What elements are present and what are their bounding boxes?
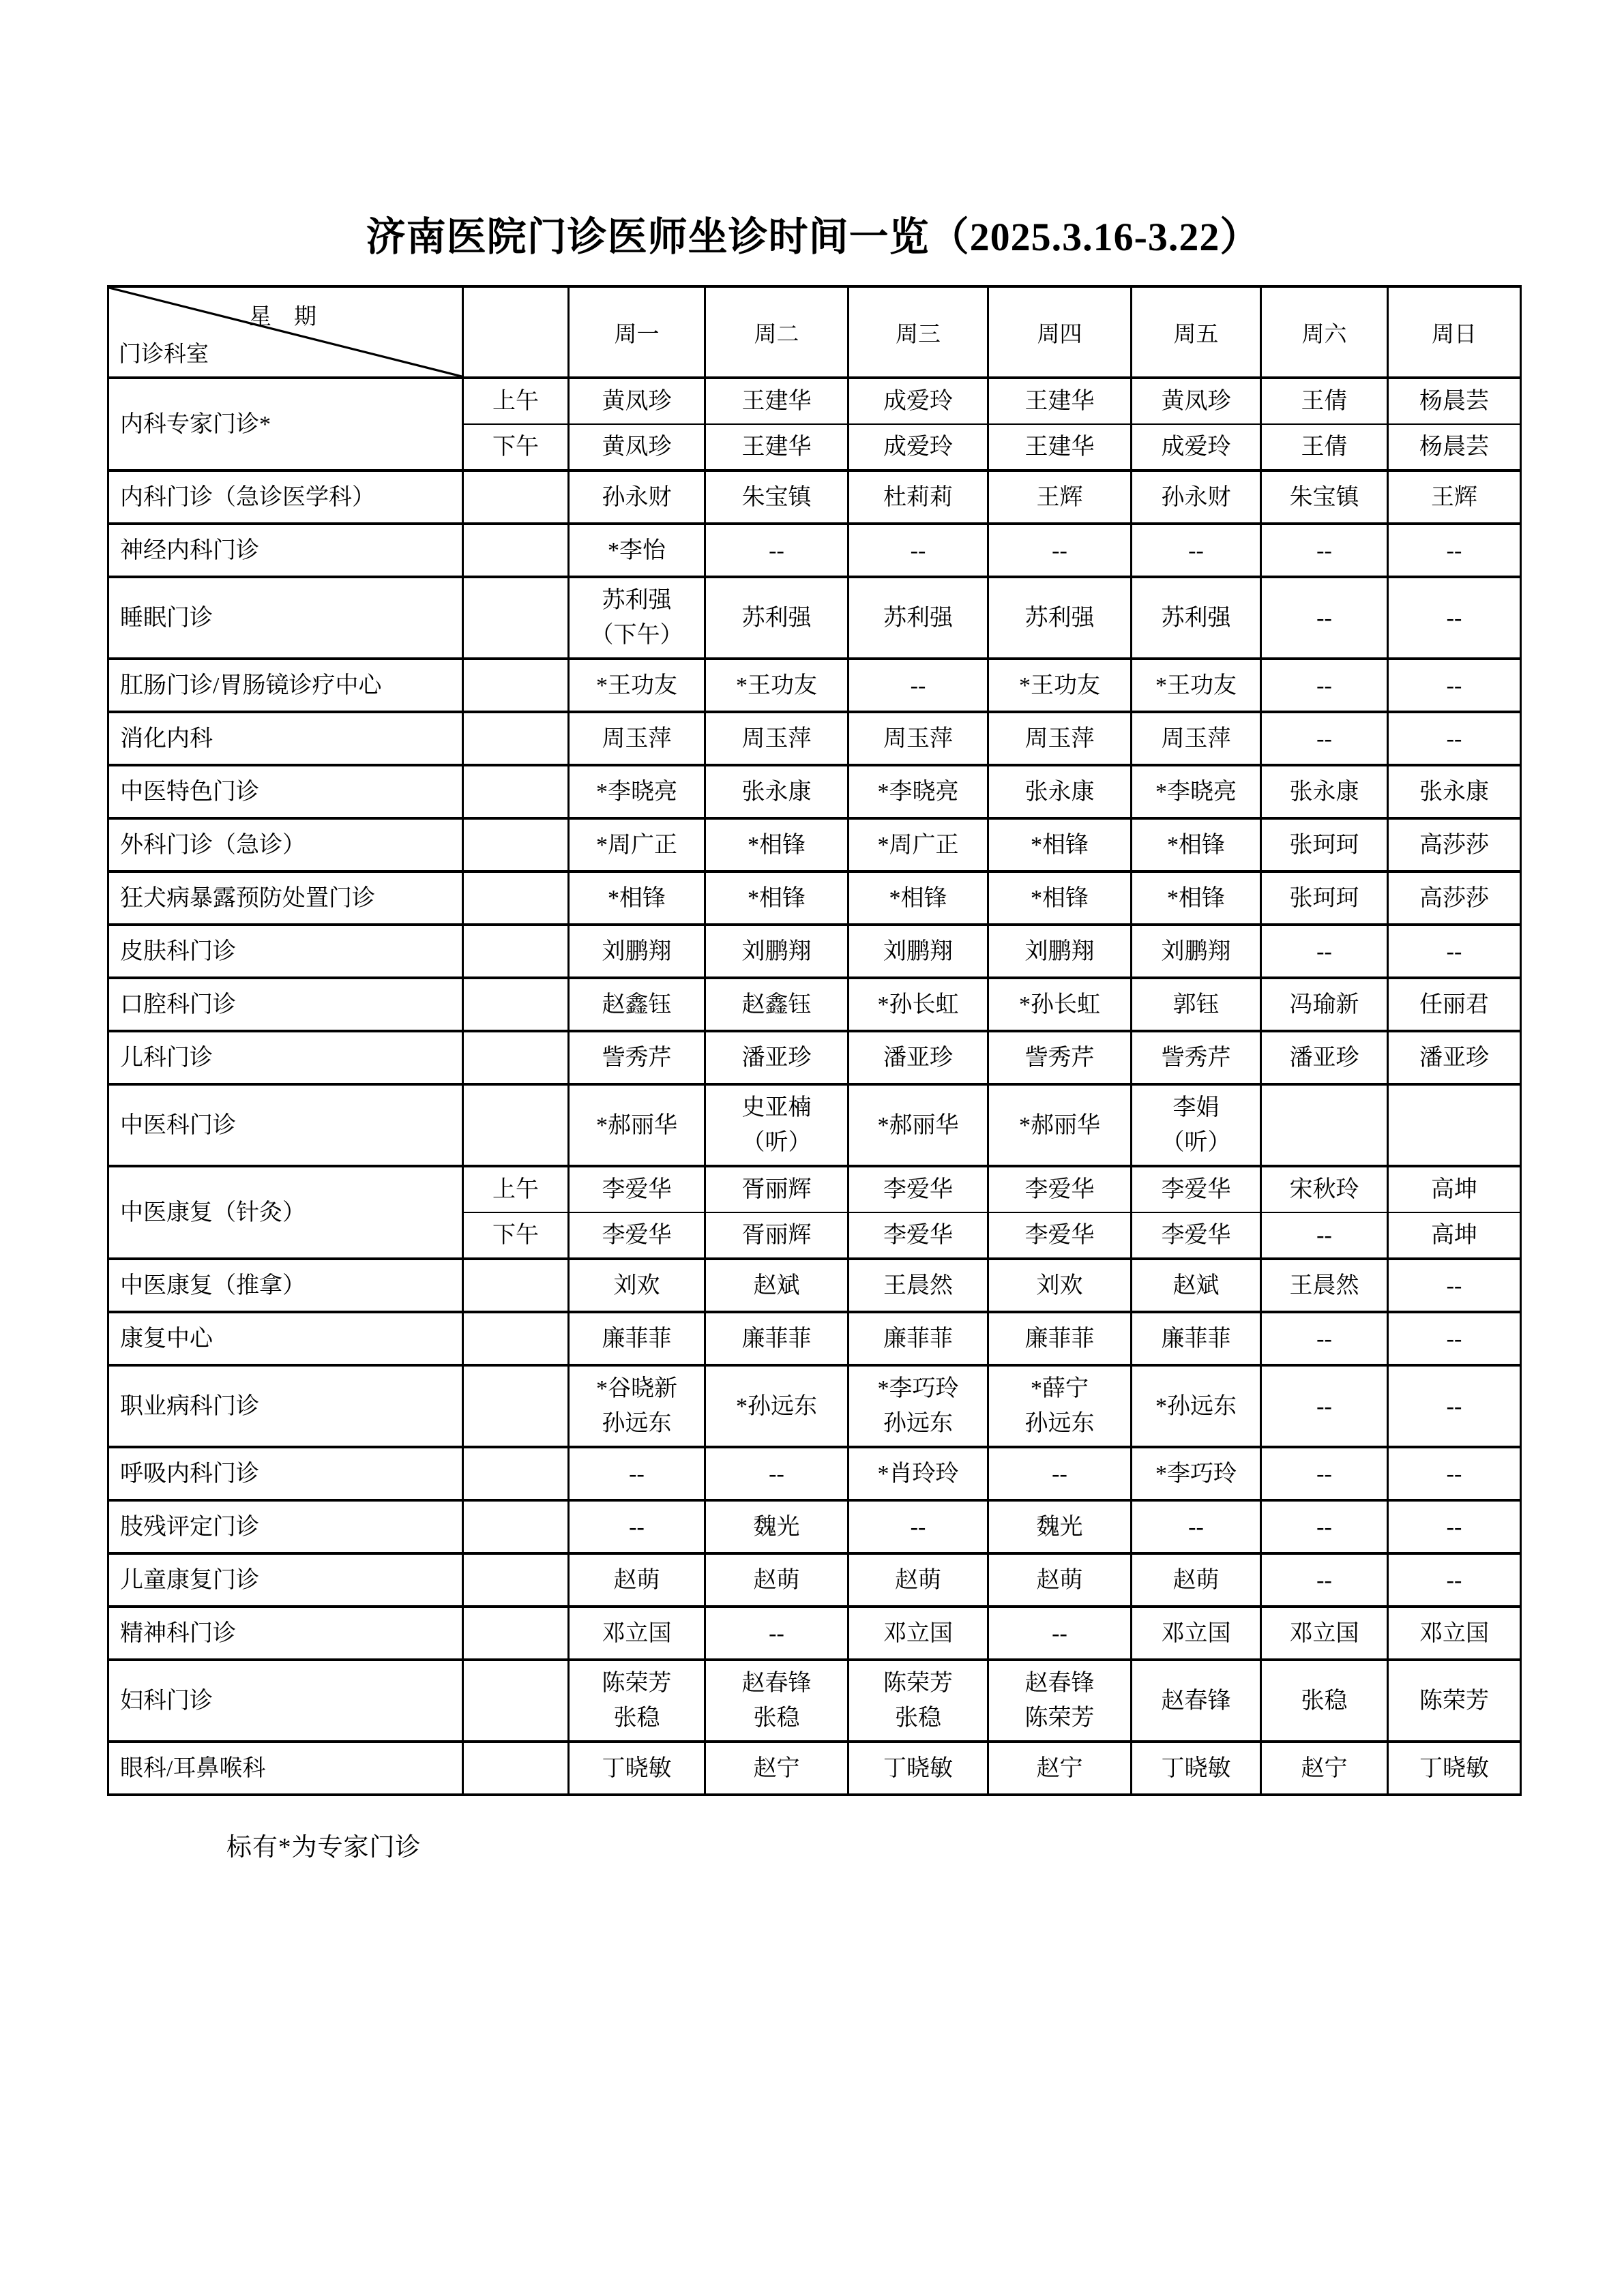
schedule-cell: 赵鑫钰 xyxy=(705,978,848,1031)
table-row: 精神科门诊邓立国--邓立国--邓立国邓立国邓立国 xyxy=(108,1607,1521,1660)
time-cell: 上午 xyxy=(463,1166,569,1212)
schedule-cell: -- xyxy=(1261,1447,1388,1500)
dept-cell: 精神科门诊 xyxy=(108,1607,463,1660)
table-row: 中医康复（推拿）刘欢赵斌王晨然刘欢赵斌王晨然-- xyxy=(108,1259,1521,1312)
corner-header-cell: 星 期 门诊科室 xyxy=(108,286,463,378)
schedule-cell: 成爱玲 xyxy=(1132,424,1261,471)
schedule-cell: 周玉萍 xyxy=(705,712,848,765)
schedule-cell: -- xyxy=(1388,577,1521,659)
schedule-cell: 王建华 xyxy=(705,378,848,424)
schedule-cell: -- xyxy=(1388,1259,1521,1312)
schedule-cell: 丁晓敏 xyxy=(1388,1742,1521,1795)
schedule-cell: 赵宁 xyxy=(1261,1742,1388,1795)
table-row: 中医科门诊*郝丽华史亚楠（听）*郝丽华*郝丽华李娟（听） xyxy=(108,1084,1521,1166)
time-cell xyxy=(463,1259,569,1312)
schedule-cell: 李爱华 xyxy=(988,1212,1132,1259)
schedule-cell: *李巧玲 xyxy=(1132,1447,1261,1500)
dept-cell: 神经内科门诊 xyxy=(108,524,463,577)
time-cell xyxy=(463,524,569,577)
dept-cell: 康复中心 xyxy=(108,1312,463,1365)
schedule-cell xyxy=(1261,1084,1388,1166)
schedule-cell: 邓立国 xyxy=(848,1607,988,1660)
dept-cell: 消化内科 xyxy=(108,712,463,765)
schedule-cell: 李爱华 xyxy=(988,1166,1132,1212)
schedule-cell: *肖玲玲 xyxy=(848,1447,988,1500)
schedule-cell: *李巧玲孙远东 xyxy=(848,1365,988,1447)
schedule-cell: 丁晓敏 xyxy=(569,1742,705,1795)
schedule-cell: 廉菲菲 xyxy=(848,1312,988,1365)
schedule-cell: 赵春锋 xyxy=(1132,1660,1261,1742)
schedule-cell: *谷晓新孙远东 xyxy=(569,1365,705,1447)
dept-cell: 肛肠门诊/胃肠镜诊疗中心 xyxy=(108,659,463,712)
schedule-body: 内科专家门诊*上午黄凤珍王建华成爱玲王建华黄凤珍王倩杨晨芸下午黄凤珍王建华成爱玲… xyxy=(108,378,1521,1795)
schedule-cell: 潘亚珍 xyxy=(1388,1031,1521,1084)
dept-cell: 妇科门诊 xyxy=(108,1660,463,1742)
schedule-table: 星 期 门诊科室 周一周二周三周四周五周六周日 内科专家门诊*上午黄凤珍王建华成… xyxy=(107,285,1522,1796)
schedule-cell: *相锋 xyxy=(1132,818,1261,871)
day-header: 周六 xyxy=(1261,286,1388,378)
schedule-cell: *郝丽华 xyxy=(569,1084,705,1166)
schedule-cell: 苏利强（下午） xyxy=(569,577,705,659)
schedule-cell: 王建华 xyxy=(705,424,848,471)
schedule-cell: 王晨然 xyxy=(848,1259,988,1312)
schedule-cell: 王建华 xyxy=(988,424,1132,471)
table-row: 肛肠门诊/胃肠镜诊疗中心*王功友*王功友--*王功友*王功友---- xyxy=(108,659,1521,712)
schedule-cell: 丁晓敏 xyxy=(848,1742,988,1795)
time-cell xyxy=(463,818,569,871)
schedule-cell: -- xyxy=(988,524,1132,577)
time-cell xyxy=(463,1365,569,1447)
schedule-cell: 刘鹏翔 xyxy=(569,925,705,978)
schedule-cell: 刘欢 xyxy=(988,1259,1132,1312)
schedule-cell: -- xyxy=(1261,1365,1388,1447)
schedule-cell: 杜莉莉 xyxy=(848,471,988,524)
dept-cell: 内科门诊（急诊医学科） xyxy=(108,471,463,524)
schedule-cell: 刘鹏翔 xyxy=(1132,925,1261,978)
table-row: 妇科门诊陈荣芳张稳赵春锋张稳陈荣芳张稳赵春锋陈荣芳赵春锋张稳陈荣芳 xyxy=(108,1660,1521,1742)
dept-cell: 呼吸内科门诊 xyxy=(108,1447,463,1500)
footnote: 标有*为专家门诊 xyxy=(226,1826,1624,1863)
schedule-cell: 朱宝镇 xyxy=(705,471,848,524)
schedule-cell: 潘亚珍 xyxy=(848,1031,988,1084)
schedule-cell: 刘鹏翔 xyxy=(848,925,988,978)
table-row: 儿科门诊訾秀芹潘亚珍潘亚珍訾秀芹訾秀芹潘亚珍潘亚珍 xyxy=(108,1031,1521,1084)
schedule-cell: 王倩 xyxy=(1261,378,1388,424)
schedule-cell: 赵萌 xyxy=(1132,1553,1261,1607)
schedule-cell: 刘欢 xyxy=(569,1259,705,1312)
schedule-cell: -- xyxy=(569,1500,705,1553)
schedule-cell: *李怡 xyxy=(569,524,705,577)
schedule-cell: *孙远东 xyxy=(1132,1365,1261,1447)
schedule-cell: 黄凤珍 xyxy=(569,378,705,424)
dept-cell: 睡眠门诊 xyxy=(108,577,463,659)
schedule-cell: *相锋 xyxy=(848,871,988,925)
schedule-cell: 黄凤珍 xyxy=(1132,378,1261,424)
schedule-cell: *孙长虹 xyxy=(848,978,988,1031)
schedule-cell: 赵萌 xyxy=(848,1553,988,1607)
time-cell xyxy=(463,1742,569,1795)
table-row: 消化内科周玉萍周玉萍周玉萍周玉萍周玉萍---- xyxy=(108,712,1521,765)
schedule-cell: 廉菲菲 xyxy=(1132,1312,1261,1365)
schedule-cell: -- xyxy=(1261,1500,1388,1553)
schedule-cell: 张珂珂 xyxy=(1261,818,1388,871)
schedule-cell: 廉菲菲 xyxy=(569,1312,705,1365)
schedule-cell: 黄凤珍 xyxy=(569,424,705,471)
schedule-cell: -- xyxy=(1132,1500,1261,1553)
schedule-cell: 陈荣芳张稳 xyxy=(848,1660,988,1742)
time-cell xyxy=(463,871,569,925)
schedule-cell: *相锋 xyxy=(988,871,1132,925)
schedule-cell: -- xyxy=(1388,1447,1521,1500)
schedule-cell: 苏利强 xyxy=(1132,577,1261,659)
schedule-cell: *相锋 xyxy=(988,818,1132,871)
schedule-cell: 苏利强 xyxy=(988,577,1132,659)
schedule-cell: -- xyxy=(1388,1553,1521,1607)
schedule-cell: -- xyxy=(1261,659,1388,712)
time-cell xyxy=(463,1447,569,1500)
schedule-cell: *周广正 xyxy=(569,818,705,871)
schedule-cell: 李爱华 xyxy=(848,1166,988,1212)
schedule-cell: 赵宁 xyxy=(705,1742,848,1795)
schedule-cell: *王功友 xyxy=(569,659,705,712)
time-cell xyxy=(463,1500,569,1553)
schedule-cell: 潘亚珍 xyxy=(705,1031,848,1084)
dept-cell: 外科门诊（急诊） xyxy=(108,818,463,871)
schedule-cell: 任丽君 xyxy=(1388,978,1521,1031)
schedule-cell: -- xyxy=(1388,925,1521,978)
schedule-cell: 刘鹏翔 xyxy=(988,925,1132,978)
schedule-cell: 王晨然 xyxy=(1261,1259,1388,1312)
schedule-cell: 廉菲菲 xyxy=(988,1312,1132,1365)
schedule-cell: 冯瑜新 xyxy=(1261,978,1388,1031)
time-cell xyxy=(463,1031,569,1084)
day-header: 周三 xyxy=(848,286,988,378)
schedule-cell: -- xyxy=(1261,577,1388,659)
schedule-cell: 张稳 xyxy=(1261,1660,1388,1742)
schedule-cell: *孙长虹 xyxy=(988,978,1132,1031)
time-cell xyxy=(463,577,569,659)
schedule-cell: 李爱华 xyxy=(848,1212,988,1259)
time-cell xyxy=(463,1660,569,1742)
schedule-cell: 高莎莎 xyxy=(1388,871,1521,925)
schedule-cell: 赵萌 xyxy=(569,1553,705,1607)
schedule-cell: 廉菲菲 xyxy=(705,1312,848,1365)
time-cell xyxy=(463,1312,569,1365)
dept-cell: 中医康复（针灸） xyxy=(108,1166,463,1259)
schedule-cell: 王辉 xyxy=(988,471,1132,524)
schedule-cell: 邓立国 xyxy=(569,1607,705,1660)
schedule-cell: 赵春锋陈荣芳 xyxy=(988,1660,1132,1742)
time-cell xyxy=(463,765,569,818)
schedule-cell: *周广正 xyxy=(848,818,988,871)
dept-cell: 狂犬病暴露预防处置门诊 xyxy=(108,871,463,925)
day-header: 周四 xyxy=(988,286,1132,378)
schedule-cell: 赵萌 xyxy=(705,1553,848,1607)
time-cell xyxy=(463,1084,569,1166)
dept-cell: 眼科/耳鼻喉科 xyxy=(108,1742,463,1795)
schedule-cell: -- xyxy=(1132,524,1261,577)
schedule-cell: 杨晨芸 xyxy=(1388,378,1521,424)
dept-cell: 儿科门诊 xyxy=(108,1031,463,1084)
table-row: 神经内科门诊*李怡------------ xyxy=(108,524,1521,577)
schedule-cell: *王功友 xyxy=(988,659,1132,712)
time-cell: 下午 xyxy=(463,1212,569,1259)
schedule-cell: -- xyxy=(1261,1212,1388,1259)
schedule-cell: 訾秀芹 xyxy=(988,1031,1132,1084)
schedule-cell: 张永康 xyxy=(988,765,1132,818)
schedule-cell: -- xyxy=(988,1607,1132,1660)
schedule-cell: 李爱华 xyxy=(569,1166,705,1212)
schedule-cell: 张永康 xyxy=(1388,765,1521,818)
time-cell xyxy=(463,659,569,712)
table-row: 呼吸内科门诊----*肖玲玲--*李巧玲---- xyxy=(108,1447,1521,1500)
corner-label-dept: 门诊科室 xyxy=(119,336,209,368)
table-row: 外科门诊（急诊）*周广正*相锋*周广正*相锋*相锋张珂珂高莎莎 xyxy=(108,818,1521,871)
table-row: 内科门诊（急诊医学科）孙永财朱宝镇杜莉莉王辉孙永财朱宝镇王辉 xyxy=(108,471,1521,524)
schedule-cell: 邓立国 xyxy=(1261,1607,1388,1660)
schedule-cell: -- xyxy=(848,524,988,577)
schedule-cell: -- xyxy=(848,1500,988,1553)
time-cell xyxy=(463,712,569,765)
day-header: 周一 xyxy=(569,286,705,378)
schedule-cell: 孙永财 xyxy=(569,471,705,524)
schedule-cell xyxy=(1388,1084,1521,1166)
schedule-cell: *王功友 xyxy=(1132,659,1261,712)
table-row: 口腔科门诊赵鑫钰赵鑫钰*孙长虹*孙长虹郭钰冯瑜新任丽君 xyxy=(108,978,1521,1031)
schedule-cell: -- xyxy=(1261,524,1388,577)
schedule-cell: 訾秀芹 xyxy=(569,1031,705,1084)
day-header: 周五 xyxy=(1132,286,1261,378)
table-row: 内科专家门诊*上午黄凤珍王建华成爱玲王建华黄凤珍王倩杨晨芸 xyxy=(108,378,1521,424)
time-cell xyxy=(463,978,569,1031)
dept-cell: 肢残评定门诊 xyxy=(108,1500,463,1553)
schedule-cell: 赵宁 xyxy=(988,1742,1132,1795)
corner-label-week: 星 期 xyxy=(249,299,316,331)
header-row: 星 期 门诊科室 周一周二周三周四周五周六周日 xyxy=(108,286,1521,378)
schedule-cell: *郝丽华 xyxy=(988,1084,1132,1166)
schedule-cell: 张永康 xyxy=(705,765,848,818)
schedule-cell: *李晓亮 xyxy=(1132,765,1261,818)
schedule-cell: 成爱玲 xyxy=(848,378,988,424)
schedule-cell: -- xyxy=(1388,1500,1521,1553)
schedule-cell: -- xyxy=(705,1607,848,1660)
schedule-cell: 赵斌 xyxy=(1132,1259,1261,1312)
schedule-cell: 刘鹏翔 xyxy=(705,925,848,978)
schedule-cell: 陈荣芳张稳 xyxy=(569,1660,705,1742)
time-cell: 下午 xyxy=(463,424,569,471)
time-cell xyxy=(463,1607,569,1660)
dept-cell: 皮肤科门诊 xyxy=(108,925,463,978)
table-row: 狂犬病暴露预防处置门诊*相锋*相锋*相锋*相锋*相锋张珂珂高莎莎 xyxy=(108,871,1521,925)
schedule-cell: -- xyxy=(1261,925,1388,978)
schedule-cell: 成爱玲 xyxy=(848,424,988,471)
schedule-cell: *相锋 xyxy=(705,871,848,925)
dept-cell: 中医康复（推拿） xyxy=(108,1259,463,1312)
schedule-cell: 赵萌 xyxy=(988,1553,1132,1607)
schedule-cell: 高莎莎 xyxy=(1388,818,1521,871)
table-row: 中医康复（针灸）上午李爱华胥丽辉李爱华李爱华李爱华宋秋玲高坤 xyxy=(108,1166,1521,1212)
schedule-cell: -- xyxy=(988,1447,1132,1500)
schedule-cell: 周玉萍 xyxy=(1132,712,1261,765)
schedule-cell: -- xyxy=(705,524,848,577)
schedule-cell: -- xyxy=(1261,1553,1388,1607)
dept-cell: 口腔科门诊 xyxy=(108,978,463,1031)
schedule-cell: -- xyxy=(1388,659,1521,712)
day-header: 周二 xyxy=(705,286,848,378)
schedule-cell: 高坤 xyxy=(1388,1212,1521,1259)
schedule-cell: 訾秀芹 xyxy=(1132,1031,1261,1084)
schedule-cell: 周玉萍 xyxy=(848,712,988,765)
schedule-cell: *李晓亮 xyxy=(569,765,705,818)
schedule-cell: 周玉萍 xyxy=(988,712,1132,765)
schedule-cell: -- xyxy=(1388,712,1521,765)
schedule-cell: 胥丽辉 xyxy=(705,1212,848,1259)
schedule-cell: 杨晨芸 xyxy=(1388,424,1521,471)
schedule-cell: 魏光 xyxy=(705,1500,848,1553)
schedule-cell: 郭钰 xyxy=(1132,978,1261,1031)
schedule-cell: -- xyxy=(848,659,988,712)
dept-cell: 儿童康复门诊 xyxy=(108,1553,463,1607)
schedule-cell: 赵春锋张稳 xyxy=(705,1660,848,1742)
schedule-cell: 魏光 xyxy=(988,1500,1132,1553)
schedule-cell: -- xyxy=(569,1447,705,1500)
page-title: 济南医院门诊医师坐诊时间一览（2025.3.16-3.22） xyxy=(106,205,1520,262)
time-cell xyxy=(463,925,569,978)
schedule-cell: 丁晓敏 xyxy=(1132,1742,1261,1795)
schedule-cell: -- xyxy=(1261,1312,1388,1365)
day-header: 周日 xyxy=(1388,286,1521,378)
schedule-cell: *相锋 xyxy=(569,871,705,925)
schedule-cell: 周玉萍 xyxy=(569,712,705,765)
schedule-cell: 王辉 xyxy=(1388,471,1521,524)
dept-cell: 中医特色门诊 xyxy=(108,765,463,818)
time-cell: 上午 xyxy=(463,378,569,424)
schedule-cell: 邓立国 xyxy=(1388,1607,1521,1660)
dept-cell: 职业病科门诊 xyxy=(108,1365,463,1447)
schedule-cell: -- xyxy=(1388,524,1521,577)
schedule-cell: 李爱华 xyxy=(1132,1166,1261,1212)
schedule-cell: 李娟（听） xyxy=(1132,1084,1261,1166)
schedule-cell: 王建华 xyxy=(988,378,1132,424)
schedule-cell: 苏利强 xyxy=(848,577,988,659)
schedule-cell: 张永康 xyxy=(1261,765,1388,818)
schedule-cell: *王功友 xyxy=(705,659,848,712)
table-row: 康复中心廉菲菲廉菲菲廉菲菲廉菲菲廉菲菲---- xyxy=(108,1312,1521,1365)
schedule-cell: 宋秋玲 xyxy=(1261,1166,1388,1212)
schedule-cell: *郝丽华 xyxy=(848,1084,988,1166)
schedule-cell: 史亚楠（听） xyxy=(705,1084,848,1166)
schedule-cell: 陈荣芳 xyxy=(1388,1660,1521,1742)
table-row: 儿童康复门诊赵萌赵萌赵萌赵萌赵萌---- xyxy=(108,1553,1521,1607)
schedule-cell: *李晓亮 xyxy=(848,765,988,818)
table-row: 职业病科门诊*谷晓新孙远东*孙远东*李巧玲孙远东*薛宁孙远东*孙远东---- xyxy=(108,1365,1521,1447)
schedule-cell: *相锋 xyxy=(705,818,848,871)
schedule-cell: 李爱华 xyxy=(1132,1212,1261,1259)
dept-cell: 中医科门诊 xyxy=(108,1084,463,1166)
table-row: 中医特色门诊*李晓亮张永康*李晓亮张永康*李晓亮张永康张永康 xyxy=(108,765,1521,818)
time-column-header xyxy=(463,286,569,378)
schedule-cell: 张珂珂 xyxy=(1261,871,1388,925)
schedule-cell: 赵斌 xyxy=(705,1259,848,1312)
table-row: 肢残评定门诊--魏光--魏光------ xyxy=(108,1500,1521,1553)
schedule-cell: 王倩 xyxy=(1261,424,1388,471)
schedule-cell: 邓立国 xyxy=(1132,1607,1261,1660)
schedule-cell: 胥丽辉 xyxy=(705,1166,848,1212)
table-row: 皮肤科门诊刘鹏翔刘鹏翔刘鹏翔刘鹏翔刘鹏翔---- xyxy=(108,925,1521,978)
table-row: 睡眠门诊苏利强（下午）苏利强苏利强苏利强苏利强---- xyxy=(108,577,1521,659)
table-row: 眼科/耳鼻喉科丁晓敏赵宁丁晓敏赵宁丁晓敏赵宁丁晓敏 xyxy=(108,1742,1521,1795)
schedule-cell: 李爱华 xyxy=(569,1212,705,1259)
document-page: 济南医院门诊医师坐诊时间一览（2025.3.16-3.22） 星 期 门诊科室 … xyxy=(0,0,1624,2296)
schedule-cell: *相锋 xyxy=(1132,871,1261,925)
schedule-cell: 孙永财 xyxy=(1132,471,1261,524)
schedule-cell: -- xyxy=(1261,712,1388,765)
schedule-cell: *孙远东 xyxy=(705,1365,848,1447)
schedule-cell: 潘亚珍 xyxy=(1261,1031,1388,1084)
time-cell xyxy=(463,1553,569,1607)
schedule-cell: 赵鑫钰 xyxy=(569,978,705,1031)
schedule-cell: -- xyxy=(705,1447,848,1500)
schedule-cell: 苏利强 xyxy=(705,577,848,659)
schedule-cell: 朱宝镇 xyxy=(1261,471,1388,524)
time-cell xyxy=(463,471,569,524)
schedule-cell: -- xyxy=(1388,1365,1521,1447)
schedule-cell: 高坤 xyxy=(1388,1166,1521,1212)
schedule-cell: -- xyxy=(1388,1312,1521,1365)
dept-cell: 内科专家门诊* xyxy=(108,378,463,471)
schedule-cell: *薛宁孙远东 xyxy=(988,1365,1132,1447)
